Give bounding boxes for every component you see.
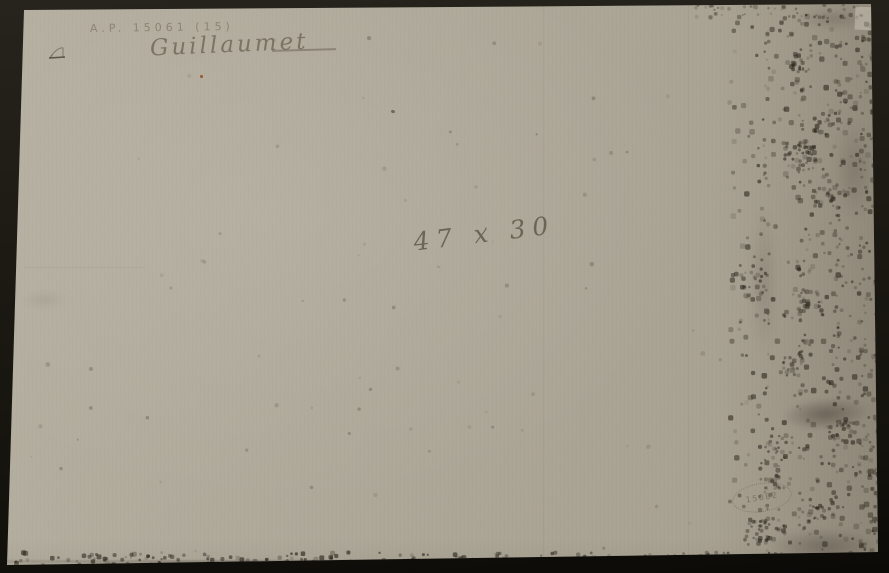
crease-line-vertical (543, 5, 544, 563)
crease-line-vertical (688, 4, 689, 564)
paper-sheet: A.P. 15061 (15) Guillaumet 47 x 30 15082 (0, 0, 889, 573)
stain-speckles-right (0, 0, 1, 1)
stain-speckles-top-right (0, 0, 1, 1)
foxing-speckles-scatter (0, 0, 1, 1)
pencil-mark (48, 45, 68, 61)
smudge-blob (750, 205, 778, 355)
stain-speckles-bottom (0, 0, 1, 1)
smudge-blob (22, 292, 66, 308)
tape-remnant (855, 7, 875, 31)
stamp-number: 15082 (745, 490, 779, 504)
right-edge-stain-band (715, 0, 885, 573)
smudge-blob (768, 528, 880, 564)
bottom-edge-dirt (6, 560, 870, 563)
red-pigment-speck (200, 75, 203, 78)
crease-line-horizontal (24, 267, 144, 268)
smudge-blob (833, 120, 875, 220)
photo-mount-background: A.P. 15061 (15) Guillaumet 47 x 30 15082 (0, 0, 889, 573)
